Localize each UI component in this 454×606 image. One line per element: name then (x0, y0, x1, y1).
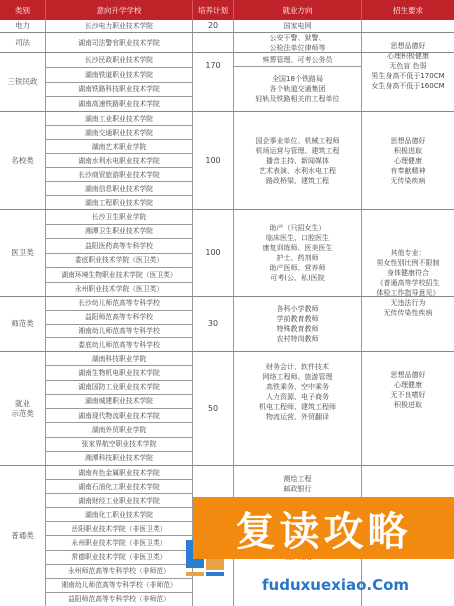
category-label: 普通类 (0, 466, 46, 606)
header-requirements: 招生要求 (362, 0, 454, 20)
plan-count: 100 (193, 112, 234, 209)
school-item: 长沙幼儿师范高等专科学校 (46, 297, 192, 311)
school-item: 湖南艺术职业学院 (46, 140, 192, 154)
category-label: 师范类 (0, 297, 46, 351)
school-item: 永州职业技术学院（医卫类） (46, 283, 192, 297)
school-item: 长沙电力职业技术学院 (46, 20, 192, 32)
school-item: 益阳师范高等专科学校 (46, 311, 192, 325)
job-directions: 国家电网 (234, 20, 362, 32)
table-header: 类别 意向升学学校 培养计划 就业方向 招生要求 (0, 0, 454, 20)
requirements-group-3: 其他专业： 男女性别比例不限制 身体健康符合 《普通高等学校招生 体检工作指导意… (362, 210, 454, 352)
school-item: 湖南交通职业技术学院 (46, 126, 192, 140)
school-item: 永州职业技术学院（非医卫类） (46, 536, 192, 550)
school-list: 湖南工业职业技术学院 湖南交通职业技术学院 湖南艺术职业学院 湖南水利水电职业技… (46, 112, 193, 209)
school-item: 湘南幼儿师范高等专科学校 (46, 325, 192, 339)
category-label: 名校类 (0, 112, 46, 209)
school-list: 湖南司法警官职业技术学院 (46, 33, 193, 52)
header-category: 类别 (0, 0, 46, 20)
school-list: 湖南科技职业学院 湖南生物机电职业技术学院 湖南国防工业职业技术学院 湖南城建职… (46, 352, 193, 465)
job-block: 财务会计、软件技术 网络工程师、旅游管理 高铁乘务、空中乘务 人力资源、电子商务… (234, 352, 361, 465)
header-plan: 培养计划 (193, 0, 234, 20)
category-label: 医卫类 (0, 210, 46, 296)
category-label: 司法 (0, 33, 46, 52)
school-item: 湖南科技职业学院 (46, 352, 192, 366)
school-list: 湖南有色金属职业技术学院 湖南石油化工职业技术学院 湖南财经工业职业技术学院 湖… (46, 466, 193, 606)
job-block: 殡葬管理、可考公务员 (234, 53, 361, 67)
school-item: 湖南生物机电职业技术学院 (46, 366, 192, 380)
plan-count: 30 (193, 297, 234, 351)
school-item: 湖南工业职业技术学院 (46, 112, 192, 126)
school-item: 湖南石油化工职业技术学院 (46, 480, 192, 494)
school-list: 长沙民政职业技术学院 湖南铁道职业技术学院 湖南铁路科技职业技术学院 湖南高速铁… (46, 53, 193, 111)
school-item: 长沙民政职业技术学院 (46, 53, 192, 68)
job-directions: 助产（只招女生） 临床医生、口腔医生 康复训练师、医美医生 护士、药剂师 助产医… (234, 210, 362, 296)
school-list: 长沙电力职业技术学院 (46, 20, 193, 32)
job-block: 公安干警、狱警、 公检法单位律师等 (234, 33, 361, 53)
job-block: 助产（只招女生） 临床医生、口腔医生 康复训练师、医美医生 护士、药剂师 助产医… (234, 210, 361, 296)
job-block: 国企事业单位、机械工程师 机场运营与管理、建筑工程 播音主持、新闻媒体 艺术表演… (234, 112, 361, 209)
school-item: 益阳医药高等专科学校 (46, 239, 192, 254)
school-item: 娄底职业技术学院（医卫类） (46, 254, 192, 269)
plan-count: 170 (193, 20, 234, 111)
school-item: 永州师范高等专科学校（非师范） (46, 565, 192, 579)
section-famous-schools: 名校类 湖南工业职业技术学院 湖南交通职业技术学院 湖南艺术职业学院 湖南水利水… (0, 112, 454, 210)
school-item: 湘潭科技职业技术学院 (46, 452, 192, 465)
school-item: 湖南财经工业职业技术学院 (46, 494, 192, 508)
school-item: 娄底幼儿师范高等专科学校 (46, 338, 192, 351)
school-item: 常德职业技术学院（非医卫类） (46, 551, 192, 565)
school-item: 张家界航空职业技术学院 (46, 438, 192, 452)
school-list: 长沙幼儿师范高等专科学校 益阳师范高等专科学校 湘南幼儿师范高等专科学校 娄底幼… (46, 297, 193, 351)
school-item: 湖南水利水电职业技术学院 (46, 154, 192, 168)
requirements-group-1: 思想品德好 心理积极健康 无色盲 色弱 男生身高不低于170CM 女生身高不低于… (362, 20, 454, 112)
requirements-group-2: 思想品德好 积极进取 心理健康 有奉献精神 无传染疾病 (362, 112, 454, 209)
school-item: 湖南有色金属职业技术学院 (46, 466, 192, 480)
category-label: 三铁民政 (0, 53, 46, 111)
school-item: 湘潭卫生职业技术学院 (46, 225, 192, 240)
school-item: 湖南化工职业技术学院 (46, 508, 192, 522)
job-block: 国家电网 (234, 20, 361, 32)
job-directions: 财务会计、软件技术 网络工程师、旅游管理 高铁乘务、空中乘务 人力资源、电子商务… (234, 352, 362, 465)
school-item: 湖南环境生物职业技术学院（医卫类） (46, 268, 192, 283)
school-item: 湖南工程职业技术学院 (46, 196, 192, 209)
school-item: 湖南高速铁路职业技术学院 (46, 97, 192, 111)
school-item: 湖南铁路科技职业技术学院 (46, 83, 192, 98)
requirements-group-4: 思想品德好 心理健康 无不良嗜好 积极进取 (362, 352, 454, 465)
school-item: 湘南幼儿师范高等专科学校（非师范） (46, 579, 192, 593)
school-item: 湖南信息职业技术学院 (46, 182, 192, 196)
job-block: 各科小学教师 学前教育教师 特殊教育教师 农村特岗教师 (234, 297, 361, 351)
job-directions: 国企事业单位、机械工程师 机场运营与管理、建筑工程 播音主持、新闻媒体 艺术表演… (234, 112, 362, 209)
plan-count: 50 (193, 352, 234, 465)
plan-count: 100 (193, 210, 234, 296)
school-item: 湖南司法警官职业技术学院 (46, 33, 192, 52)
school-item: 益阳师范高等专科学校（非师范） (46, 593, 192, 606)
school-item: 湖南城建职业技术学院 (46, 395, 192, 409)
category-label: 就业 示范类 (0, 352, 46, 465)
job-directions: 公安干警、狱警、 公检法单位律师等 (234, 33, 362, 52)
school-item: 湖南现代物流职业技术学院 (46, 409, 192, 423)
watermark-banner: 复读攻略 (193, 497, 454, 559)
job-directions: 各科小学教师 学前教育教师 特殊教育教师 农村特岗教师 (234, 297, 362, 351)
section-employment-demo: 就业 示范类 湖南科技职业学院 湖南生物机电职业技术学院 湖南国防工业职业技术学… (0, 352, 454, 466)
school-item: 长沙卫生职业学院 (46, 210, 192, 225)
school-item: 长沙商贸旅游职业技术学院 (46, 168, 192, 182)
header-schools: 意向升学学校 (46, 0, 193, 20)
header-jobs: 就业方向 (234, 0, 362, 20)
school-item: 湖南外贸职业学院 (46, 423, 192, 437)
school-item: 湖南国防工业职业技术学院 (46, 381, 192, 395)
school-list: 长沙卫生职业学院 湘潭卫生职业技术学院 益阳医药高等专科学校 娄底职业技术学院（… (46, 210, 193, 296)
school-item: 湖南铁道职业技术学院 (46, 68, 192, 83)
job-block: 全国18个铁路局 各个轨道交通集团 轻轨及铁路相关的工程单位 (234, 67, 361, 111)
job-directions: 殡葬管理、可考公务员 全国18个铁路局 各个轨道交通集团 轻轨及铁路相关的工程单… (234, 53, 362, 111)
watermark-site: fuduxuexiao.Com (262, 576, 409, 594)
category-label: 电力 (0, 20, 46, 32)
school-item: 岳阳职业技术学院（非医卫类） (46, 522, 192, 536)
watermark-text: 复读攻略 (236, 500, 412, 557)
